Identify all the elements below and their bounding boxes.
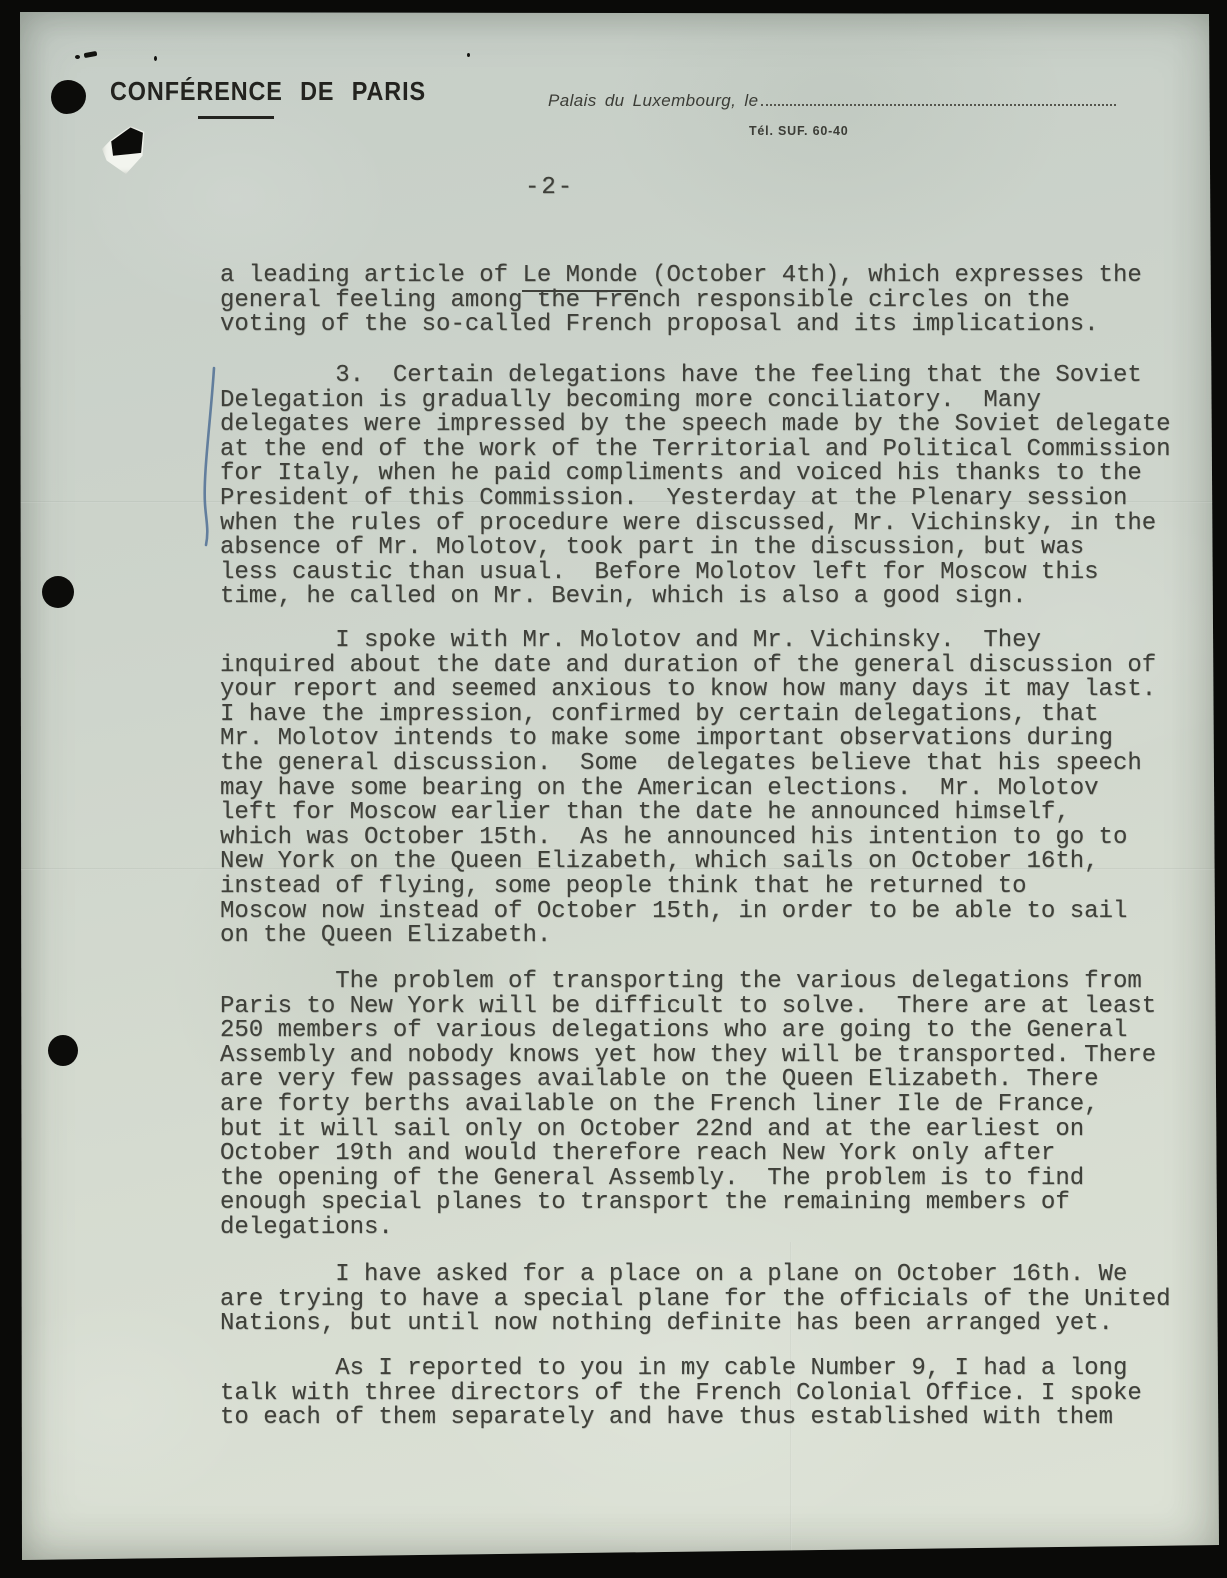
ink-speck [75,55,80,59]
paragraph-3: I spoke with Mr. Molotov and Mr. Vichins… [220,629,1210,949]
paragraph-6: As I reported to you in my cable Number … [220,1357,1210,1431]
paragraph-1-text: a leading article of [220,262,522,289]
letterhead-org-title: CONFÉRENCE DE PARIS [110,76,426,107]
paper-tear [102,126,148,174]
paragraph-1-text: (October 4th), which expresses the [638,262,1142,289]
paragraph-4: The problem of transporting the various … [220,970,1210,1241]
ink-speck [84,51,98,58]
letterhead-phone: Tél. SUF. 60-40 [749,124,849,138]
paragraph-5: I have asked for a place on a plane on O… [220,1263,1210,1337]
ink-speck [467,53,470,57]
letterhead-rule [198,116,274,119]
pen-mark-vertical-line [198,362,222,552]
punch-hole-middle [42,576,74,608]
punch-hole-bottom [48,1035,78,1066]
dateline-label: Palais du Luxembourg, le [548,91,758,111]
dotted-leader-line [761,91,1116,106]
scan-background: CONFÉRENCE DE PARIS Palais du Luxembourg… [0,0,1227,1578]
paragraph-1-text: general feeling among the French respons… [220,287,1099,339]
punch-hole-top [51,80,86,114]
letterhead-dateline: Palais du Luxembourg, le [548,91,1116,111]
paragraph-2: 3. Certain delegations have the feeling … [220,364,1210,610]
page-number: -2- [525,174,574,201]
paragraph-1: a leading article of Le Monde (October 4… [220,264,1210,338]
ink-speck [154,56,157,61]
document-page: CONFÉRENCE DE PARIS Palais du Luxembourg… [20,12,1219,1561]
